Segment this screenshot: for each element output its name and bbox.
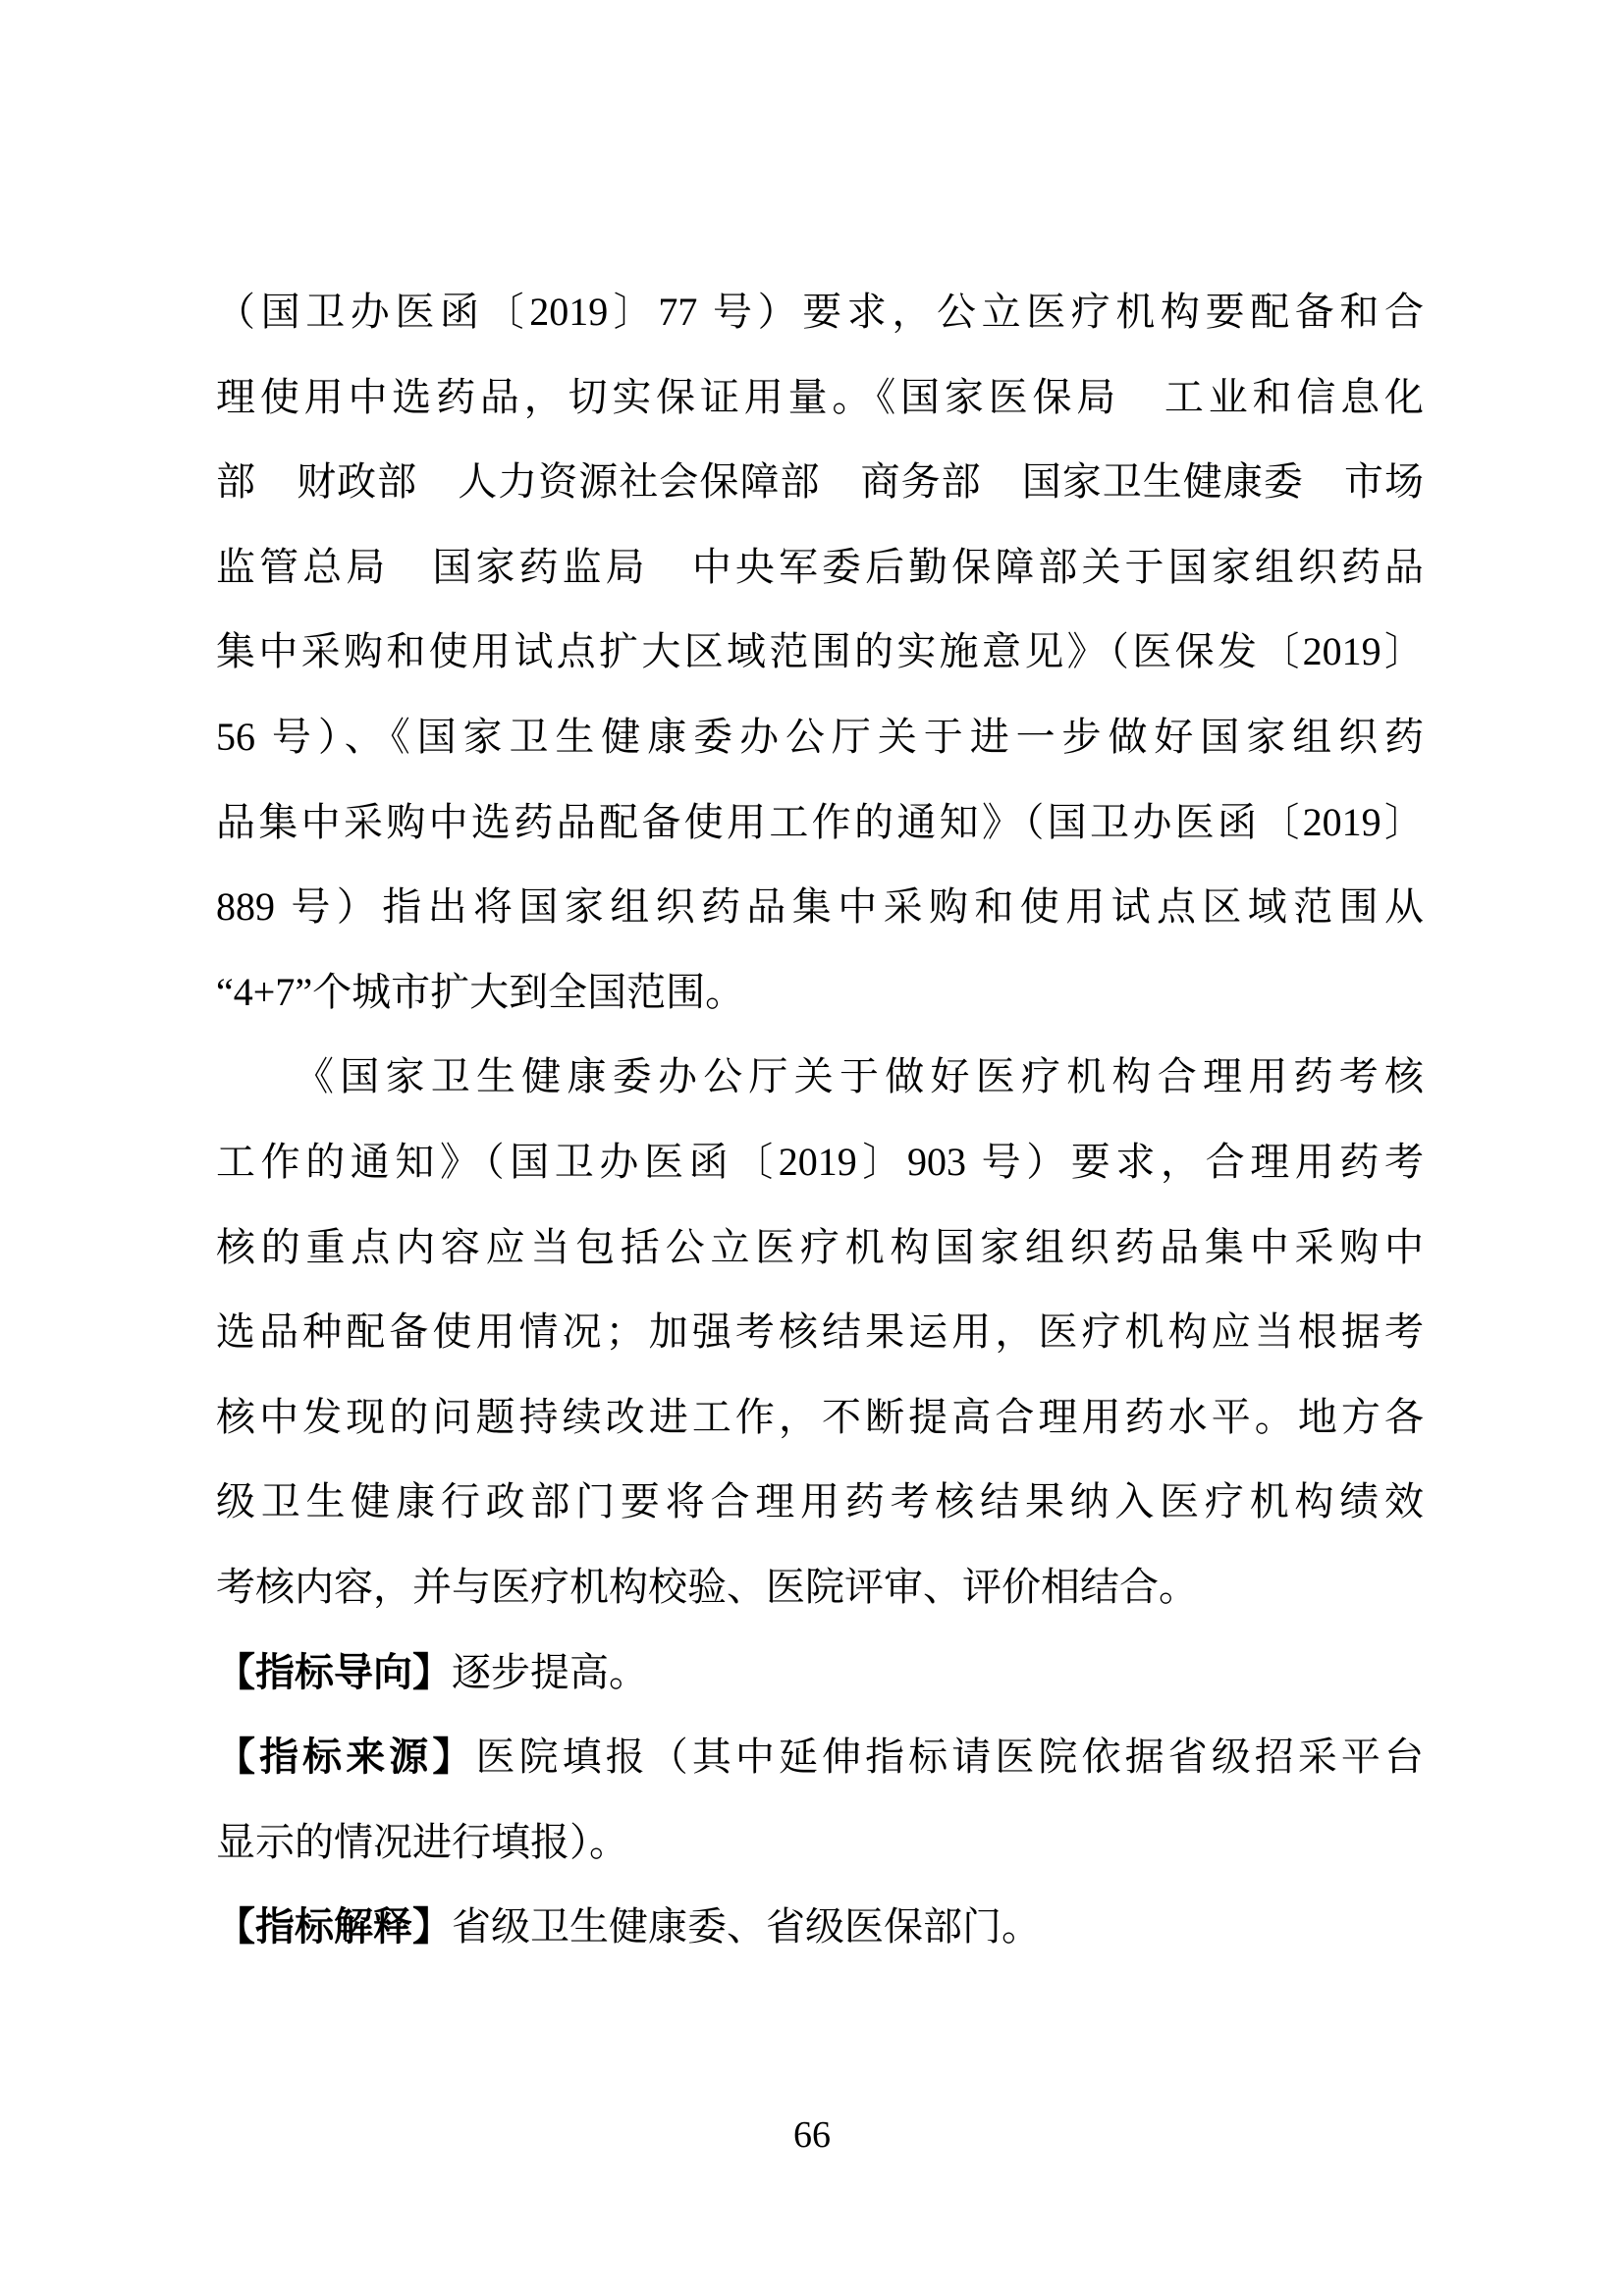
text-line: 考核内容，并与医疗机构校验、医院评审、评价相结合。	[216, 1545, 1424, 1630]
text-line: 核中发现的问题持续改进工作，不断提高合理用药水平。地方各	[216, 1375, 1424, 1461]
line-text: 选品种配备使用情况；加强考核结果运用，医疗机构应当根据考	[216, 1309, 1424, 1354]
text-block: （国卫办医函〔2019〕77 号）要求，公立医疗机构要配备和合 理使用中选药品，…	[216, 270, 1424, 1970]
line-text: 理使用中选药品，切实保证用量。《国家医保局 工业和信息化	[216, 375, 1424, 419]
line-text: 56 号）、《国家卫生健康委办公厅关于进一步做好国家组织药	[216, 715, 1424, 759]
text-line: 选品种配备使用情况；加强考核结果运用，医疗机构应当根据考	[216, 1290, 1424, 1375]
text-line: 56 号）、《国家卫生健康委办公厅关于进一步做好国家组织药	[216, 695, 1424, 780]
text-line: 【指标来源】医院填报（其中延伸指标请医院依据省级招采平台	[216, 1715, 1424, 1800]
line-text: 889 号）指出将国家组织药品集中采购和使用试点区域范围从	[216, 884, 1424, 929]
text-line: 品集中采购中选药品配备使用工作的通知》（国卫办医函〔2019〕	[216, 780, 1424, 866]
text-line: 核的重点内容应当包括公立医疗机构国家组织药品集中采购中	[216, 1205, 1424, 1291]
text-line: “4+7”个城市扩大到全国范围。	[216, 950, 1424, 1036]
indicator-source-label: 【指标来源】	[216, 1735, 475, 1779]
text-line: 集中采购和使用试点扩大区域范围的实施意见》（医保发〔2019〕	[216, 610, 1424, 695]
text-line: 级卫生健康行政部门要将合理用药考核结果纳入医疗机构绩效	[216, 1460, 1424, 1545]
page-number: 66	[0, 2110, 1624, 2160]
text-line: 《国家卫生健康委办公厅关于做好医疗机构合理用药考核	[216, 1035, 1424, 1120]
line-text: 考核内容，并与医疗机构校验、医院评审、评价相结合。	[216, 1565, 1198, 1609]
line-text: 监管总局 国家药监局 中央军委后勤保障部关于国家组织药品	[216, 545, 1424, 589]
text-line: 工作的通知》（国卫办医函〔2019〕903 号）要求，合理用药考	[216, 1120, 1424, 1205]
text-line: 监管总局 国家药监局 中央军委后勤保障部关于国家组织药品	[216, 525, 1424, 611]
line-text: “4+7”个城市扩大到全国范围。	[216, 970, 744, 1014]
text-line: 【指标解释】省级卫生健康委、省级医保部门。	[216, 1885, 1424, 1970]
line-text: 省级卫生健康委、省级医保部门。	[452, 1904, 1041, 1949]
line-text: 部 财政部 人力资源社会保障部 商务部 国家卫生健康委 市场	[216, 459, 1424, 504]
text-line: 部 财政部 人力资源社会保障部 商务部 国家卫生健康委 市场	[216, 440, 1424, 525]
text-line: 889 号）指出将国家组织药品集中采购和使用试点区域范围从	[216, 865, 1424, 950]
document-page: （国卫办医函〔2019〕77 号）要求，公立医疗机构要配备和合 理使用中选药品，…	[0, 0, 1624, 2296]
text-line: 显示的情况进行填报）。	[216, 1800, 1424, 1886]
indicator-explanation-label: 【指标解释】	[216, 1905, 452, 1949]
line-text: 品集中采购中选药品配备使用工作的通知》（国卫办医函〔2019〕	[216, 800, 1424, 844]
line-text: 《国家卫生健康委办公厅关于做好医疗机构合理用药考核	[295, 1054, 1424, 1098]
line-text: 核中发现的问题持续改进工作，不断提高合理用药水平。地方各	[216, 1395, 1424, 1439]
text-line: 理使用中选药品，切实保证用量。《国家医保局 工业和信息化	[216, 355, 1424, 441]
line-text: 工作的通知》（国卫办医函〔2019〕903 号）要求，合理用药考	[216, 1140, 1424, 1184]
text-line: 【指标导向】逐步提高。	[216, 1630, 1424, 1716]
line-text: （国卫办医函〔2019〕77 号）要求，公立医疗机构要配备和合	[216, 290, 1424, 334]
line-text: 核的重点内容应当包括公立医疗机构国家组织药品集中采购中	[216, 1225, 1424, 1269]
text-line: （国卫办医函〔2019〕77 号）要求，公立医疗机构要配备和合	[216, 270, 1424, 355]
line-text: 级卫生健康行政部门要将合理用药考核结果纳入医疗机构绩效	[216, 1479, 1424, 1523]
indicator-direction-label: 【指标导向】	[216, 1651, 452, 1694]
line-text: 显示的情况进行填报）。	[216, 1820, 628, 1864]
line-text: 集中采购和使用试点扩大区域范围的实施意见》（医保发〔2019〕	[216, 629, 1424, 673]
line-text: 医院填报（其中延伸指标请医院依据省级招采平台	[475, 1735, 1424, 1779]
line-text: 逐步提高。	[452, 1650, 648, 1694]
